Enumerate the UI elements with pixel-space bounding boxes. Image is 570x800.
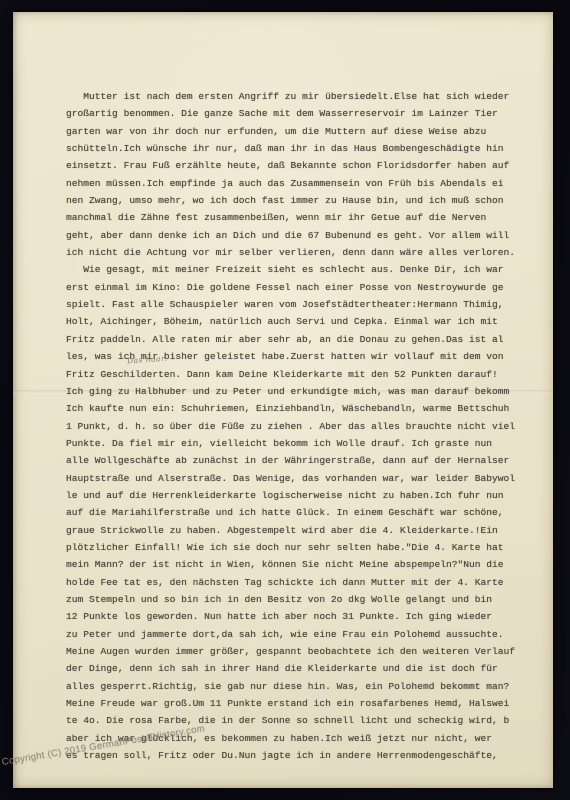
letter-line: zum Stempeln und so bin ich in den Besit…	[66, 591, 530, 608]
letter-line: mein Mann? der ist nicht in Wien, können…	[66, 556, 530, 573]
letter-line: alle Wollgeschäfte ab zunächst in der Wä…	[66, 452, 530, 469]
letter-line: nen Zwang, umso mehr, wo ich doch fast i…	[66, 192, 530, 209]
letter-line: Meine Augen wurden immer größer, gespann…	[66, 643, 530, 660]
letter-line: erst einmal im Kino: Die goldene Fessel …	[66, 279, 530, 296]
letter-line: le und auf die Herrenkleiderkarte logisc…	[66, 487, 530, 504]
letter-line: holde Fee tat es, den nächsten Tag schic…	[66, 574, 530, 591]
letter-line: Fritz paddeln. Alle raten mir aber sehr …	[66, 331, 530, 348]
letter-line: Wie gesagt, mit meiner Freizeit sieht es…	[66, 261, 530, 278]
letter-line: spielt. Fast alle Schauspieler waren vom…	[66, 296, 530, 313]
letter-line: einsetzt. Frau Fuß erzählte heute, daß B…	[66, 157, 530, 174]
letter-line: zu Peter und jammerte dort,da sah ich, w…	[66, 626, 530, 643]
letter-line: großartig benommen. Die ganze Sache mit …	[66, 105, 530, 122]
letter-line: alles gesperrt.Richtig, sie gab nur dies…	[66, 678, 530, 695]
letter-line: Holt, Aichinger, Böheim, natürlich auch …	[66, 313, 530, 330]
letter-line: 12 Punkte los geworden. Nun hatte ich ab…	[66, 608, 530, 625]
letter-line: geht, aber dann denke ich an Dich und di…	[66, 227, 530, 244]
letter-line: schütteln.Ich wünsche ihr nur, daß man i…	[66, 140, 530, 157]
letter-line: Ich ging zu Halbhuber und zu Peter und e…	[66, 383, 530, 400]
letter-line: nehmen müssen.Ich empfinde ja auch das Z…	[66, 175, 530, 192]
letter-line: Ich kaufte nun ein: Schuhriemen, Einzieh…	[66, 400, 530, 417]
letter-line: plötzlicher Einfall! Wie ich sie doch nu…	[66, 539, 530, 556]
letter-line: garten war von ihr doch nur erfunden, um…	[66, 123, 530, 140]
letter-line: te 4o. Die rosa Farbe, die in der Sonne …	[66, 712, 530, 729]
letter-line: Mutter ist nach dem ersten Angriff zu mi…	[66, 88, 530, 105]
letter-line: Fritz Geschilderten. Dann kam Deine Klei…	[66, 366, 530, 383]
letter-line: ich nicht die Achtung vor mir selber ver…	[66, 244, 530, 261]
letter-line: manchmal die Zähne fest zusammenbeißen, …	[66, 209, 530, 226]
typewritten-letter-text: Mutter ist nach dem ersten Angriff zu mi…	[66, 88, 530, 764]
letter-line: Punkte. Da fiel mir ein, vielleicht beko…	[66, 435, 530, 452]
letter-page: Mutter ist nach dem ersten Angriff zu mi…	[13, 12, 553, 788]
letter-line: es tragen soll, Fritz oder Du.Nun jagte …	[66, 747, 530, 764]
letter-line: 1 Punkt, d. h. so über die Füße zu ziehe…	[66, 418, 530, 435]
letter-line: auf die Mariahilferstraße und ich hatte …	[66, 504, 530, 521]
letter-line: der Dinge, denn ich sah in ihrer Hand di…	[66, 660, 530, 677]
scanned-letter-photo: Mutter ist nach dem ersten Angriff zu mi…	[0, 0, 570, 800]
letter-line: Hauptstraße und Alserstraße. Das Wenige,…	[66, 470, 530, 487]
letter-line: graue Strickwolle zu haben. Abgestempelt…	[66, 522, 530, 539]
letter-line: Meine Freude war groß.Um 11 Punkte ersta…	[66, 695, 530, 712]
